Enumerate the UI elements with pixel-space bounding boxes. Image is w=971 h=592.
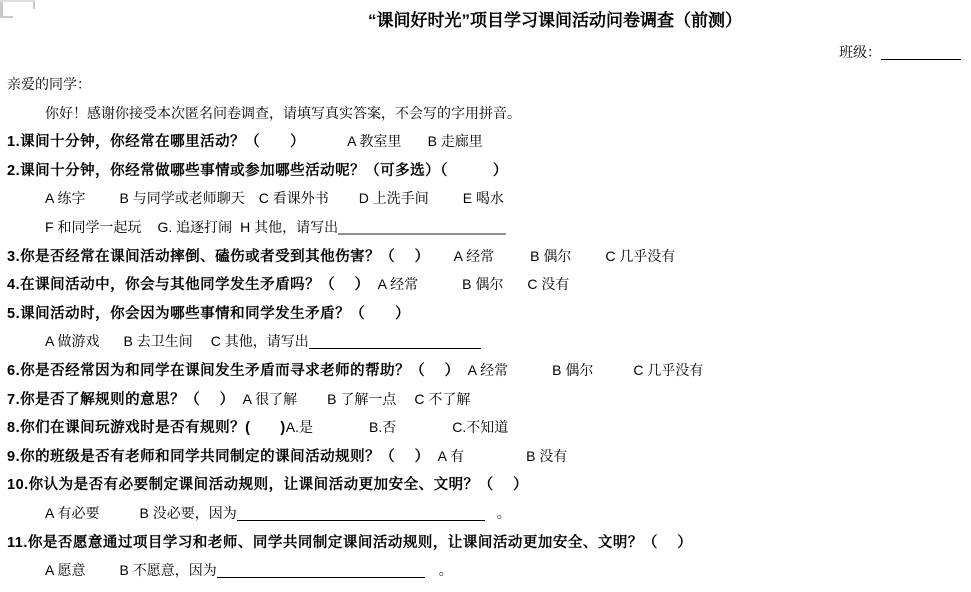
- option-label: A 教室里: [347, 133, 401, 149]
- option-label: C 几乎没有: [633, 362, 703, 378]
- option-label: A 有: [438, 448, 464, 464]
- option-label: A 有必要: [45, 505, 99, 521]
- option-label: B.否: [369, 419, 396, 435]
- option-label: A 愿意: [45, 562, 85, 578]
- option-label: E 喝水: [463, 190, 504, 206]
- option-label: G. 追逐打闹: [157, 219, 232, 235]
- question-4-text: 4.在课间活动中，你会与其他同学发生矛盾吗？（ ）: [7, 277, 370, 293]
- option-label: C 看课外书: [259, 190, 329, 206]
- window-corner-artifact-2: [0, 0, 35, 9]
- question-10-row: 10.你认为是否有必要制定课间活动规则，让课间活动更加安全、文明？（ ）: [7, 470, 963, 499]
- question-1-row: 1.课间十分钟，你经常在哪里活动？（ ）A 教室里B 走廊里: [7, 127, 963, 156]
- option-label: C 没有: [527, 276, 569, 292]
- option-label: B 偶尔: [552, 362, 593, 378]
- period-mark: 。: [497, 505, 511, 521]
- option-label: B 没有: [526, 448, 567, 464]
- question-5-text: 5.课间活动时，你会因为哪些事情和同学发生矛盾？（ ）: [7, 306, 410, 322]
- option-label: B 没必要，因为: [139, 505, 236, 521]
- option-label: B 走廊里: [428, 133, 483, 149]
- document-body: “课间好时光”项目学习课间活动问卷调查（前测） 班级： 亲爱的同学： 你好！感谢…: [0, 0, 971, 585]
- question-2-text: 2.课间十分钟，你经常做哪些事情或参加哪些活动呢？（可多选）（ ）: [7, 163, 508, 179]
- option-label: A 做游戏: [45, 333, 99, 349]
- option-label: D 上洗手间: [359, 190, 429, 206]
- class-blank-line[interactable]: [881, 45, 961, 60]
- option-label: A 练字: [45, 190, 85, 206]
- write-in-blank-q5[interactable]: [309, 334, 481, 349]
- option-label: A 经常: [454, 248, 494, 264]
- class-label: 班级：: [839, 44, 881, 60]
- option-label: C 不了解: [414, 391, 470, 407]
- option-label: A 经常: [468, 362, 508, 378]
- question-6-row: 6.你是否经常因为和同学在课间发生矛盾而寻求老师的帮助？（ ）A 经常B 偶尔C…: [7, 356, 963, 385]
- question-3-row: 3.你是否经常在课间活动摔倒、磕伤或者受到其他伤害？（ ）A 经常B 偶尔C 几…: [7, 242, 963, 271]
- question-2-options-row-1: A 练字B 与同学或老师聊天C 看课外书D 上洗手间E 喝水: [7, 184, 963, 213]
- write-in-blank-q2[interactable]: [338, 219, 506, 235]
- option-label: C.不知道: [452, 419, 508, 435]
- question-11-options-row: A 愿意B 不愿意，因为。: [7, 556, 963, 585]
- question-9-row: 9.你的班级是否有老师和同学共同制定的课间活动规则？（ ）A 有B 没有: [7, 442, 963, 471]
- greeting-text: 亲爱的同学：: [7, 76, 91, 92]
- greeting-line: 亲爱的同学：: [7, 70, 963, 99]
- question-8-text: 8.你们在课间玩游戏时是否有规则？( ): [7, 420, 286, 436]
- option-label: B 偶尔: [530, 248, 571, 264]
- question-3-text: 3.你是否经常在课间活动摔倒、磕伤或者受到其他伤害？（ ）: [7, 249, 430, 265]
- question-5-row: 5.课间活动时，你会因为哪些事情和同学发生矛盾？（ ）: [7, 299, 963, 328]
- option-label: B 了解一点: [327, 391, 396, 407]
- option-label: B 与同学或老师聊天: [119, 190, 244, 206]
- option-label: B 偶尔: [462, 276, 503, 292]
- option-label: B 不愿意，因为: [119, 562, 216, 578]
- question-7-text: 7.你是否了解规则的意思？（ ）: [7, 392, 235, 408]
- question-1-text: 1.课间十分钟，你经常在哪里活动？（ ）: [7, 134, 305, 150]
- write-in-blank-q10[interactable]: [237, 506, 485, 521]
- option-label: H 其他，请写出: [240, 219, 338, 235]
- question-9-text: 9.你的班级是否有老师和同学共同制定的课间活动规则？（ ）: [7, 449, 430, 465]
- question-5-options-row: A 做游戏B 去卫生间C 其他，请写出: [7, 327, 963, 356]
- period-mark: 。: [439, 562, 453, 578]
- question-8-row: 8.你们在课间玩游戏时是否有规则？( )A.是B.否C.不知道: [7, 413, 963, 442]
- intro-line: 你好！感谢你接受本次匿名问卷调查，请填写真实答案，不会写的字用拼音。: [7, 99, 963, 128]
- doc-title: “课间好时光”项目学习课间活动问卷调查（前测）: [7, 6, 963, 40]
- class-field-row: 班级：: [7, 40, 963, 70]
- question-10-text: 10.你认为是否有必要制定课间活动规则，让课间活动更加安全、文明？（ ）: [7, 477, 528, 493]
- question-4-row: 4.在课间活动中，你会与其他同学发生矛盾吗？（ ）A 经常B 偶尔C 没有: [7, 270, 963, 299]
- option-label: C 其他，请写出: [211, 333, 309, 349]
- option-label: A 经常: [378, 276, 418, 292]
- question-10-options-row: A 有必要B 没必要，因为。: [7, 499, 963, 528]
- questionnaire-document: “课间好时光”项目学习课间活动问卷调查（前测） 班级： 亲爱的同学： 你好！感谢…: [0, 0, 971, 592]
- question-6-text: 6.你是否经常因为和同学在课间发生矛盾而寻求老师的帮助？（ ）: [7, 363, 460, 379]
- option-label: A 很了解: [243, 391, 297, 407]
- option-label: B 去卫生间: [123, 333, 192, 349]
- option-label: F 和同学一起玩: [45, 219, 141, 235]
- question-2-options-row-2: F 和同学一起玩G. 追逐打闹H 其他，请写出: [7, 213, 963, 242]
- question-2-row: 2.课间十分钟，你经常做哪些事情或参加哪些活动呢？（可多选）（ ）: [7, 156, 963, 185]
- option-label: C 几乎没有: [605, 248, 675, 264]
- option-label: A.是: [286, 419, 313, 435]
- question-7-row: 7.你是否了解规则的意思？（ ）A 很了解B 了解一点C 不了解: [7, 385, 963, 414]
- intro-text: 你好！感谢你接受本次匿名问卷调查，请填写真实答案，不会写的字用拼音。: [45, 105, 521, 121]
- question-11-text: 11.你是否愿意通过项目学习和老师、同学共同制定课间活动规则，让课间活动更加安全…: [7, 535, 692, 551]
- question-11-row: 11.你是否愿意通过项目学习和老师、同学共同制定课间活动规则，让课间活动更加安全…: [7, 528, 963, 557]
- write-in-blank-q11[interactable]: [217, 563, 425, 578]
